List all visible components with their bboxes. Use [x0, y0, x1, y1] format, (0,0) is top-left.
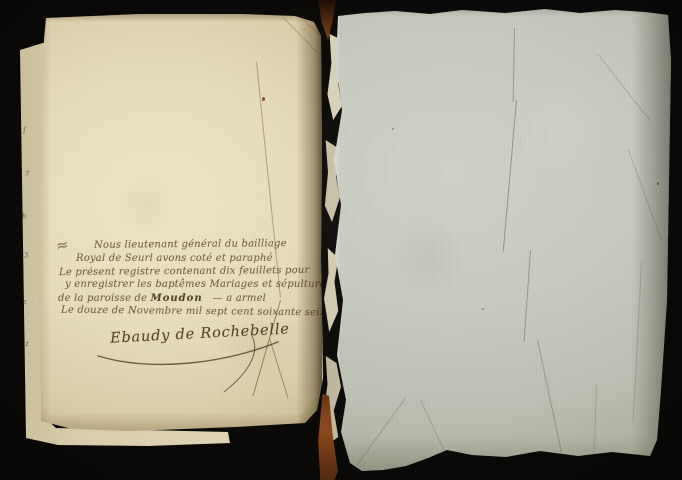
bottom-edge-shadow [38, 412, 320, 431]
right-page [332, 8, 674, 474]
top-edge-shadow [332, 8, 674, 16]
left-page: ≈ Nous lieutenant général du bailliage R… [38, 14, 324, 432]
handwriting-line: Royal de Seurl avons coté et paraphé [76, 253, 273, 264]
underpage-ink-fragment: ɛ [23, 298, 28, 306]
underpage-ink-fragment: 7 [25, 170, 30, 178]
handwritten-certification: ≈ Nous lieutenant général du bailliage R… [58, 234, 320, 384]
handwriting-line: Le douze de Novembre mil sept cent soixa… [61, 305, 331, 319]
underpage-ink-fragment: ſ [23, 126, 26, 134]
bottom-edge-shadow [332, 436, 674, 474]
signature-flourish-icon [92, 330, 292, 402]
ink-speck [482, 308, 484, 310]
ink-speck [392, 128, 394, 130]
handwriting-fragment: de la paroisse de [58, 293, 151, 304]
underpage-ink-fragment: ʒ [24, 250, 29, 258]
underpage-ink-fragment: z [25, 340, 30, 348]
gutter-shadow [296, 14, 322, 430]
ink-speck [262, 97, 265, 101]
top-edge-shadow [38, 14, 322, 22]
archival-book-scan: ſ 7 b ʒ ɛ z ſ ≈ Nous lieutenant général … [0, 0, 682, 480]
handwriting-fragment: — a armel [213, 293, 266, 304]
handwriting-line: de la paroisse de Moudon— a armel [58, 293, 266, 304]
parish-name: Moudon [151, 293, 203, 304]
right-edge-shadow [632, 8, 674, 474]
underpage-ink-fragment: ſ [22, 384, 25, 392]
underpage-ink-fragment: b [22, 212, 27, 220]
handwriting-line: Nous lieutenant général du bailliage [94, 238, 287, 251]
handwriting-line: Le présent registre contenant dix feuill… [59, 265, 310, 278]
opening-flourish: ≈ [54, 235, 70, 255]
handwriting-line: y enregistrer les baptêmes Mariages et s… [65, 279, 331, 290]
